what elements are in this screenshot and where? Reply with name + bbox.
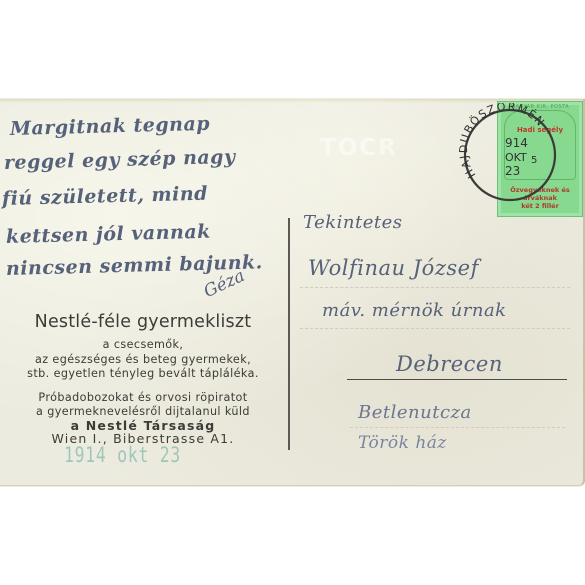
address-title: máv. mérnök úrnak: [322, 300, 507, 321]
address-street: Betlenutcza: [358, 402, 472, 423]
stamp-overprint-line: két 2 fillér: [498, 202, 582, 210]
postmark-day: 23: [505, 164, 520, 178]
postmark: HAJDUBÖSZÖRMÉNY 914 OKT 23 5: [458, 103, 558, 203]
address-salutation: Tekintetes: [303, 212, 403, 233]
ad-title: Nestlé-féle gyermekliszt: [0, 312, 286, 332]
address-rule: [300, 287, 570, 288]
svg-text:HAJDUBÖSZÖRMÉNY: HAJDUBÖSZÖRMÉNY: [458, 103, 548, 180]
city-underline: [347, 379, 567, 380]
address-rule: [350, 427, 565, 428]
ad-line: az egészséges és beteg gyermekek,: [0, 353, 286, 366]
divider: [288, 218, 290, 450]
address-name: Wolfinau József: [308, 256, 479, 280]
watermark: TOCR: [320, 135, 398, 161]
postmark-month: OKT: [505, 151, 527, 164]
address-building: Török ház: [358, 433, 447, 453]
ad-offer-line: Próbadobozokat és orvosi röpiratot: [0, 391, 286, 404]
address-rule: [300, 328, 570, 329]
postmark-hour: 5: [531, 155, 537, 166]
received-date-stamp: 1914 okt 23: [64, 443, 181, 467]
ad-offer-line: a gyermeknevelésről dijtalanul küld: [0, 405, 286, 418]
ad-line: a csecsemők,: [0, 338, 286, 351]
postmark-place: HAJDUBÖSZÖRMÉNY: [458, 103, 548, 180]
ad-line: stb. egyetlen tényleg bevált tápláléka.: [0, 367, 286, 380]
postmark-year: 914: [505, 136, 528, 150]
address-city: Debrecen: [396, 352, 503, 376]
